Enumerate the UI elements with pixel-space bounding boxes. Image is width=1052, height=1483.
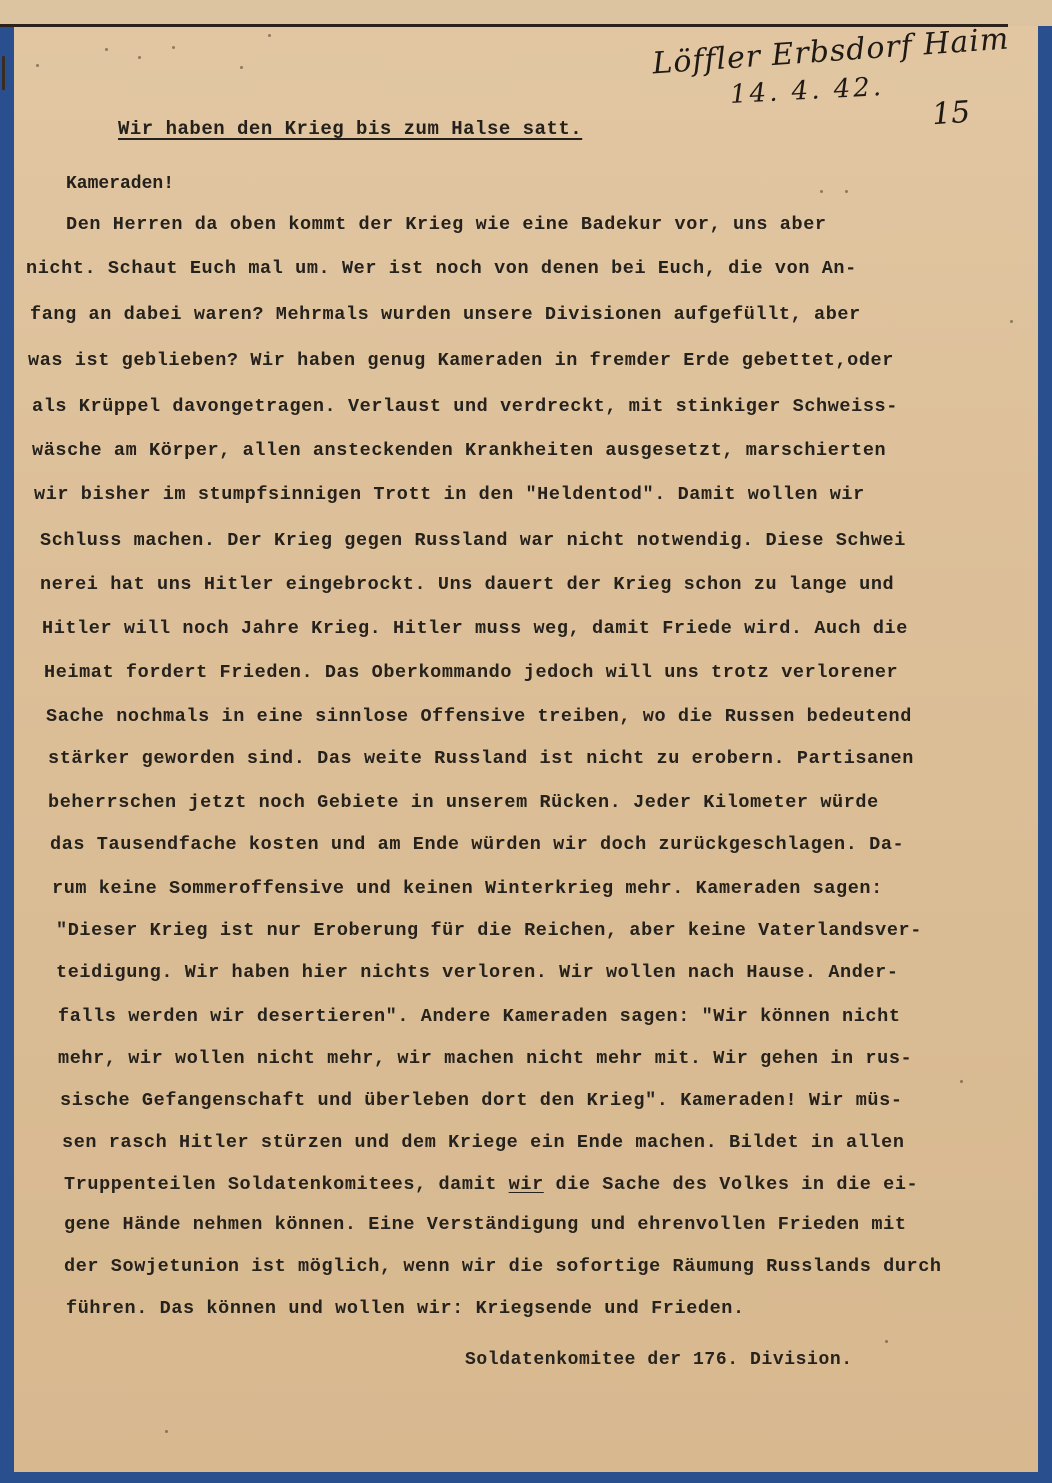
- handwritten-page-number: 15: [931, 95, 972, 133]
- paper-speck: [138, 56, 141, 59]
- body-line-with-emphasis: Truppenteilen Soldatenkomitees, damit wi…: [64, 1174, 918, 1195]
- paper-speck: [105, 48, 108, 51]
- paper-speck: [845, 190, 848, 193]
- body-line: teidigung. Wir haben hier nichts verlore…: [56, 962, 899, 983]
- signature-line: Soldatenkomitee der 176. Division.: [465, 1350, 853, 1370]
- paper-speck: [960, 1080, 963, 1083]
- underlined-word: wir: [509, 1174, 544, 1195]
- body-line: nerei hat uns Hitler eingebrockt. Uns da…: [40, 574, 894, 595]
- paper-speck: [1010, 320, 1013, 323]
- paper-speck: [820, 190, 823, 193]
- body-line: der Sowjetunion ist möglich, wenn wir di…: [64, 1256, 942, 1277]
- body-line: Den Herren da oben kommt der Krieg wie e…: [66, 214, 827, 235]
- paper-speck: [240, 66, 243, 69]
- margin-mark: [2, 56, 5, 90]
- body-line: beherrschen jetzt noch Gebiete in unsere…: [48, 792, 879, 813]
- paper-speck: [36, 64, 39, 67]
- body-line: Schluss machen. Der Krieg gegen Russland…: [40, 530, 906, 551]
- body-line: gene Hände nehmen können. Eine Verständi…: [64, 1214, 907, 1235]
- body-line-part: die Sache des Volkes in die ei-: [544, 1174, 918, 1195]
- body-line: stärker geworden sind. Das weite Russlan…: [48, 748, 914, 769]
- paper-speck: [165, 1430, 168, 1433]
- body-line: was ist geblieben? Wir haben genug Kamer…: [28, 350, 894, 371]
- body-line: Sache nochmals in eine sinnlose Offensiv…: [46, 706, 912, 727]
- body-line: das Tausendfache kosten und am Ende würd…: [50, 834, 904, 855]
- paper-top-margin: [0, 0, 1052, 26]
- body-line: wäsche am Körper, allen ansteckenden Kra…: [32, 440, 886, 461]
- body-line: falls werden wir desertieren". Andere Ka…: [58, 1006, 901, 1027]
- body-line: als Krüppel davongetragen. Verlaust und …: [32, 396, 898, 417]
- body-line: wir bisher im stumpfsinnigen Trott in de…: [34, 484, 865, 505]
- top-rule-divider: [0, 24, 1008, 27]
- body-line: "Dieser Krieg ist nur Eroberung für die …: [56, 920, 922, 941]
- salutation: Kameraden!: [66, 174, 174, 194]
- body-line: rum keine Sommeroffensive und keinen Win…: [52, 878, 883, 899]
- body-line: nicht. Schaut Euch mal um. Wer ist noch …: [26, 258, 857, 279]
- body-line: Heimat fordert Frieden. Das Oberkommando…: [44, 662, 898, 683]
- body-line: fang an dabei waren? Mehrmals wurden uns…: [30, 304, 861, 325]
- document-title: Wir haben den Krieg bis zum Halse satt.: [118, 118, 582, 140]
- paper-speck: [268, 34, 271, 37]
- body-line: Hitler will noch Jahre Krieg. Hitler mus…: [42, 618, 908, 639]
- body-line: führen. Das können und wollen wir: Krieg…: [66, 1298, 745, 1319]
- body-line: sen rasch Hitler stürzen und dem Kriege …: [62, 1132, 905, 1153]
- body-line: mehr, wir wollen nicht mehr, wir machen …: [58, 1048, 912, 1069]
- body-line-part: Truppenteilen Soldatenkomitees, damit: [64, 1174, 509, 1195]
- paper-speck: [885, 1340, 888, 1343]
- paper-speck: [172, 46, 175, 49]
- body-line: sische Gefangenschaft und überleben dort…: [60, 1090, 903, 1111]
